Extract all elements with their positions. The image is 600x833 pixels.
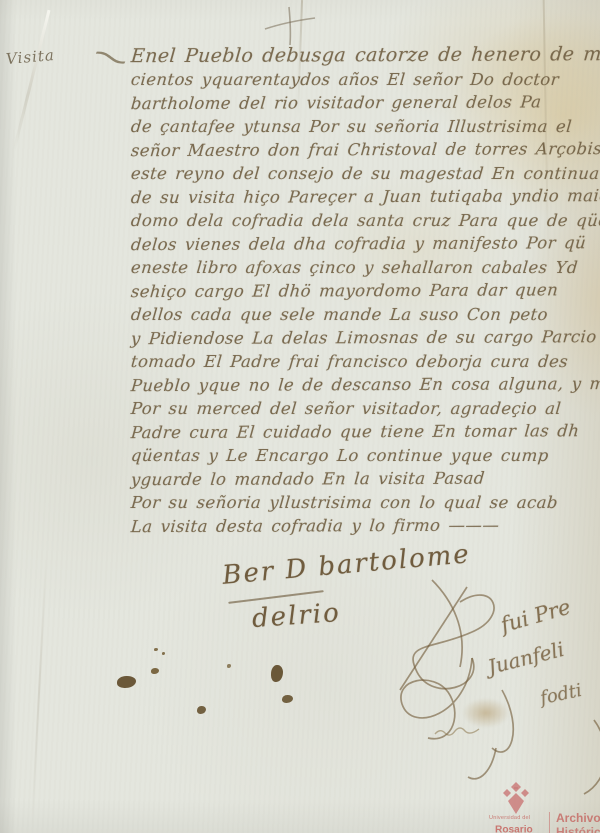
- fold-crease: [31, 555, 47, 830]
- watermark-divider: [549, 812, 550, 833]
- manuscript-line: dellos cada que sele mande La suso Con p…: [130, 303, 600, 327]
- margin-note: Visita: [5, 46, 55, 68]
- signature-surname: delrio: [251, 598, 342, 634]
- ink-blot: [117, 676, 136, 688]
- ink-blot: [197, 706, 206, 714]
- manuscript-page: Visita ~ Enel Pueblo debusga catorze de …: [0, 0, 600, 833]
- manuscript-body: Enel Pueblo debusga catorze de henero de…: [131, 44, 600, 538]
- university-crest-icon: [501, 781, 531, 815]
- ink-blot: [154, 648, 158, 651]
- manuscript-line: sehiço cargo El dhö mayordomo Para dar q…: [130, 278, 600, 304]
- manuscript-line: cientos yquarentaydos años El señor Do d…: [130, 68, 600, 92]
- paragraph-flourish-icon: ~: [85, 33, 136, 81]
- ink-blot: [227, 664, 231, 668]
- manuscript-line: eneste libro afoxas çinco y sehallaron c…: [130, 256, 600, 280]
- manuscript-line: Padre cura El cuidado que tiene En tomar…: [130, 419, 600, 445]
- ink-smudge: [462, 698, 510, 728]
- university-name-label-2: Rosario: [495, 823, 533, 833]
- manuscript-line: La visita desta cofradia y lo firmo ———: [130, 513, 600, 539]
- scanned-document: Visita ~ Enel Pueblo debusga catorze de …: [0, 0, 600, 833]
- university-name-label: Universidad del: [489, 814, 530, 820]
- pen-scribble-icon: [433, 724, 481, 740]
- manuscript-line: y Pidiendose La delas Limosnas de su car…: [130, 325, 600, 351]
- manuscript-line: Enel Pueblo debusga catorze de henero de…: [130, 43, 600, 69]
- ink-blot: [282, 695, 293, 703]
- manuscript-line: de çantafee ytunsa Por su señoria Illust…: [130, 115, 600, 139]
- ink-blot: [162, 652, 165, 655]
- invocation-cross-icon: [262, 4, 318, 48]
- ink-blot: [271, 665, 283, 682]
- manuscript-line: Por su señoria yllustrisima con lo qual …: [130, 491, 600, 515]
- manuscript-line: bartholome del rio visitador general del…: [130, 90, 600, 116]
- manuscript-line: yguarde lo mandado En la visita Pasad: [130, 466, 600, 492]
- manuscript-line: qüentas y Le Encargo Lo continue yque cu…: [130, 444, 600, 468]
- manuscript-line: domo dela cofradia dela santa cruz Para …: [130, 209, 600, 233]
- archive-label: Archivo: [556, 811, 600, 825]
- manuscript-line: señor Maestro don frai Christoval de tor…: [130, 137, 600, 163]
- manuscript-line: delos vienes dela dha cofradia y manifes…: [130, 231, 600, 257]
- manuscript-line: Pueblo yque no le de descanso En cosa al…: [130, 372, 600, 398]
- ink-blot: [151, 668, 159, 674]
- signature-rubric-flourish-icon: [372, 572, 600, 797]
- fold-crease: [13, 10, 51, 151]
- manuscript-line: este reyno del consejo de su magestad En…: [130, 162, 600, 186]
- manuscript-line: de su visita hiço Pareçer a Juan tutiqab…: [130, 184, 600, 210]
- manuscript-line: tomado El Padre frai francisco deborja c…: [130, 350, 600, 374]
- manuscript-line: Por su merced del señor visitador, agrad…: [130, 397, 600, 421]
- archive-label-2: Históric: [556, 825, 600, 833]
